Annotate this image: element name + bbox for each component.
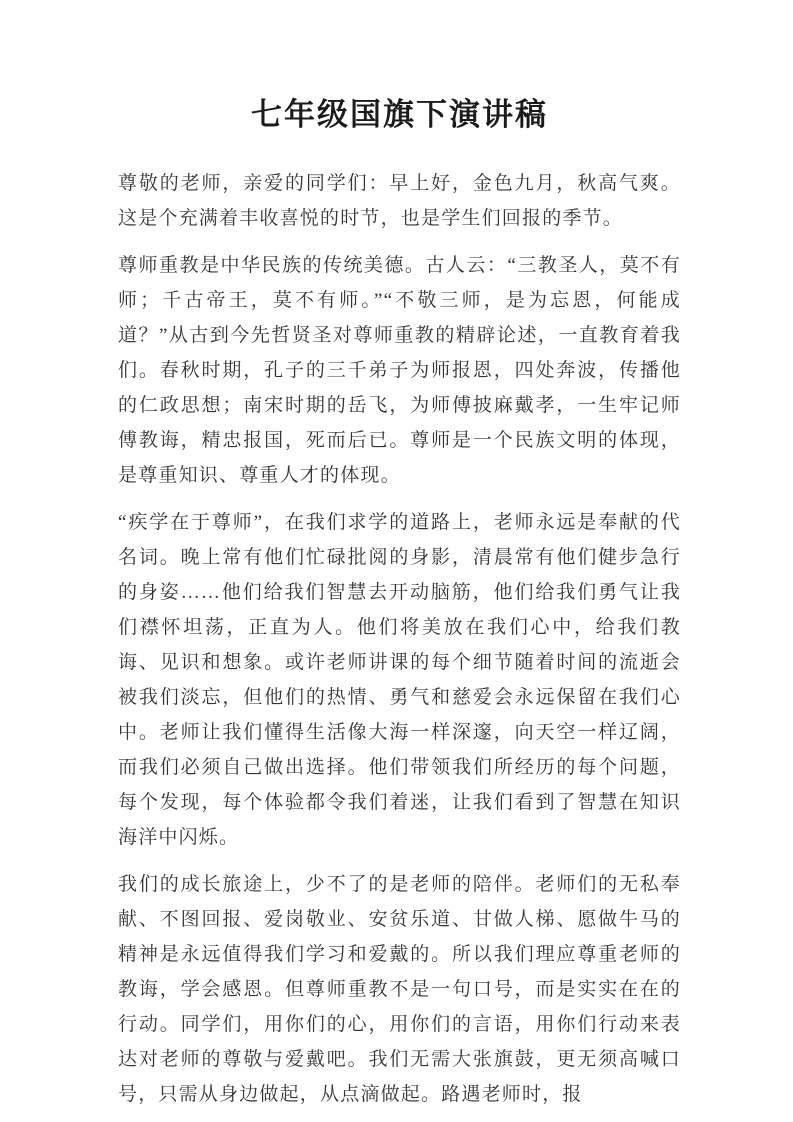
document-page: 七年级国旗下演讲稿 尊敬的老师，亲爱的同学们：早上好，金色九月，秋高气爽。这是个… [0, 0, 793, 1122]
paragraph-call-to-action: 我们的成长旅途上，少不了的是老师的陪伴。老师们的无私奉献、不图回报、爱岗敬业、安… [118, 867, 681, 1112]
paragraph-teachers-devotion: “疾学在于尊师”，在我们求学的道路上，老师永远是奉献的代名词。晚上常有他们忙碌批… [118, 505, 681, 855]
document-title: 七年级国旗下演讲稿 [118, 94, 681, 136]
paragraph-greeting: 尊敬的老师，亲爱的同学们：早上好，金色九月，秋高气爽。这是个充满着丰收喜悦的时节… [118, 166, 681, 236]
paragraph-tradition: 尊师重教是中华民族的传统美德。古人云：“三教圣人，莫不有师；千古帝王，莫不有师。… [118, 248, 681, 493]
